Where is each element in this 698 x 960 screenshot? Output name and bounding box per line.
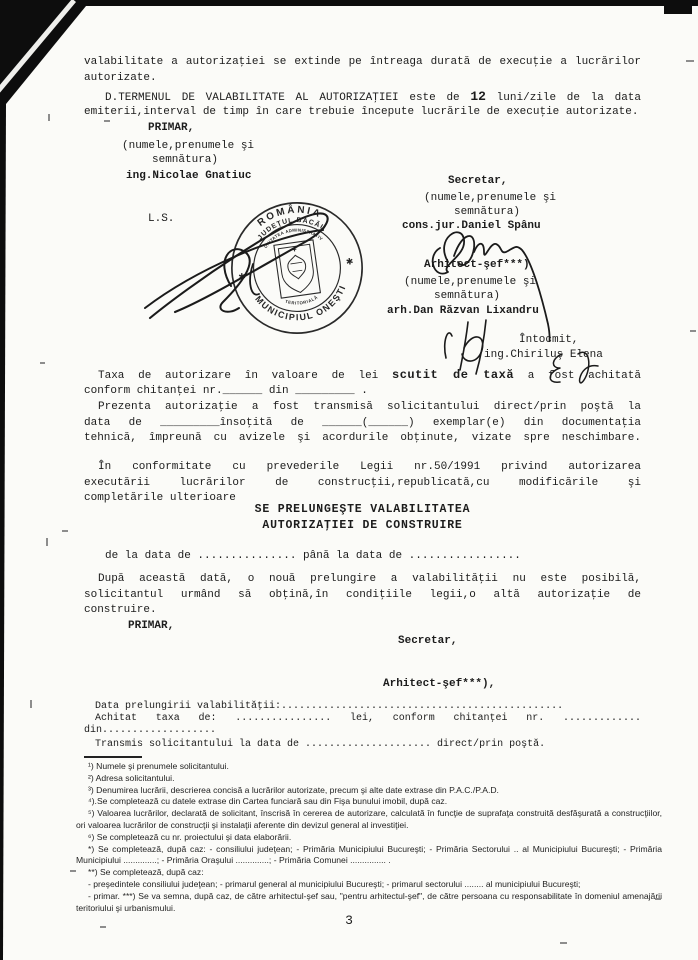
scan-noise bbox=[46, 538, 48, 546]
prelungire-heading-line-1: SE PRELUNGEŞTE VALABILITATEA bbox=[84, 502, 641, 518]
scan-noise bbox=[560, 942, 567, 944]
footnote-separator bbox=[84, 756, 142, 758]
footnote-6: ⁶) Se completează cu nr. proiectului şi … bbox=[76, 832, 662, 844]
footnote-5: ⁵) Valoarea lucrărilor, declarată de sol… bbox=[76, 808, 662, 832]
prelungire-heading-line-2: AUTORIZAŢIEI DE CONSTRUIRE bbox=[84, 518, 641, 534]
term-text-post: luni/zile de la data bbox=[486, 92, 641, 104]
prelungire-dates-line: de la data de ............... până la da… bbox=[105, 549, 521, 565]
taxa-line-2: conform chitanţei nr.______ din ________… bbox=[84, 384, 641, 400]
name-note-line-2: semnătura) bbox=[152, 153, 218, 169]
footnote-4: ⁴).Se completează cu datele extrase din … bbox=[76, 796, 662, 808]
scan-noise bbox=[104, 120, 110, 122]
scanned-document: { "page": { "number": "3" }, "seal": { "… bbox=[0, 0, 698, 960]
intro-line-1: valabilitate a autorizaţiei se extinde p… bbox=[84, 55, 641, 71]
footnote-2: ²) Adresa solicitantului. bbox=[76, 773, 662, 785]
transmitere-line-3: tehnică, împreună cu avizele şi acorduri… bbox=[84, 431, 641, 447]
scan-noise bbox=[62, 530, 68, 532]
primar-signature bbox=[135, 190, 365, 330]
scan-noise bbox=[686, 60, 694, 62]
scan-noise bbox=[30, 700, 32, 708]
term-months-value: 12 bbox=[470, 89, 486, 104]
term-line-2: emiterii,interval de timp în care trebui… bbox=[84, 105, 641, 121]
transmitere-line-2: data de _________însoţită de ______(____… bbox=[84, 416, 641, 432]
dupa-line-1: După această dată, o nouă prelungire a v… bbox=[84, 572, 641, 588]
footnote-3: ³) Denumirea lucrării, descrierea concis… bbox=[76, 785, 662, 797]
footnote-2star-b: - preşedintele consiliului judeţean; - p… bbox=[76, 879, 662, 891]
footnote-star: *) Se completează, după caz: - consiliul… bbox=[76, 844, 662, 868]
footnote-3star: - primar. ***) Se va semna, după caz, de… bbox=[76, 891, 662, 915]
fill-din: din................... bbox=[84, 724, 216, 737]
scan-noise bbox=[48, 114, 50, 121]
dupa-line-3: construire. bbox=[84, 603, 641, 619]
primar-title: PRIMAR, bbox=[148, 121, 194, 137]
intro-line-2: autorizate. bbox=[84, 71, 641, 87]
transmitere-line-1: Prezenta autorizaţie a fost transmisă so… bbox=[84, 400, 641, 416]
taxa-exempt-value: scutit de taxă bbox=[392, 368, 514, 382]
taxa-line-1: Taxa de autorizare în valoare de lei scu… bbox=[84, 368, 641, 385]
scan-noise bbox=[655, 898, 661, 900]
secretar-title-2: Secretar, bbox=[398, 634, 457, 650]
primar-title-2: PRIMAR, bbox=[128, 619, 174, 635]
primar-name: ing.Nicolae Gnatiuc bbox=[126, 169, 251, 185]
arhitect-title-2: Arhitect-şef***), bbox=[383, 677, 495, 693]
scan-noise bbox=[100, 926, 106, 928]
scanner-edge-notch bbox=[664, 0, 692, 14]
scan-noise bbox=[40, 362, 45, 364]
term-text-pre: D.TERMENUL DE VALABILITATE AL AUTORIZAŢI… bbox=[105, 92, 470, 104]
conformitate-line-1: În conformitate cu prevederile Legii nr.… bbox=[84, 460, 641, 476]
secretar-title: Secretar, bbox=[448, 174, 507, 190]
footnotes: ¹) Numele şi prenumele solicitantului. ²… bbox=[76, 761, 662, 914]
scan-noise bbox=[690, 330, 696, 332]
fill-transmis: Transmis solicitantului la data de .....… bbox=[95, 738, 545, 751]
footnote-2star: **) Se completează, după caz: bbox=[76, 867, 662, 879]
scan-noise bbox=[70, 870, 76, 872]
conformitate-line-2: executării lucrărilor de construcţii,rep… bbox=[84, 476, 641, 492]
taxa-text-post: a fost achitată bbox=[514, 370, 641, 382]
footnote-1: ¹) Numele şi prenumele solicitantului. bbox=[76, 761, 662, 773]
dupa-line-2: solicitantul urmând să obţină,în condiţi… bbox=[84, 588, 641, 604]
taxa-text-pre: Taxa de autorizare în valoare de lei bbox=[98, 370, 392, 382]
